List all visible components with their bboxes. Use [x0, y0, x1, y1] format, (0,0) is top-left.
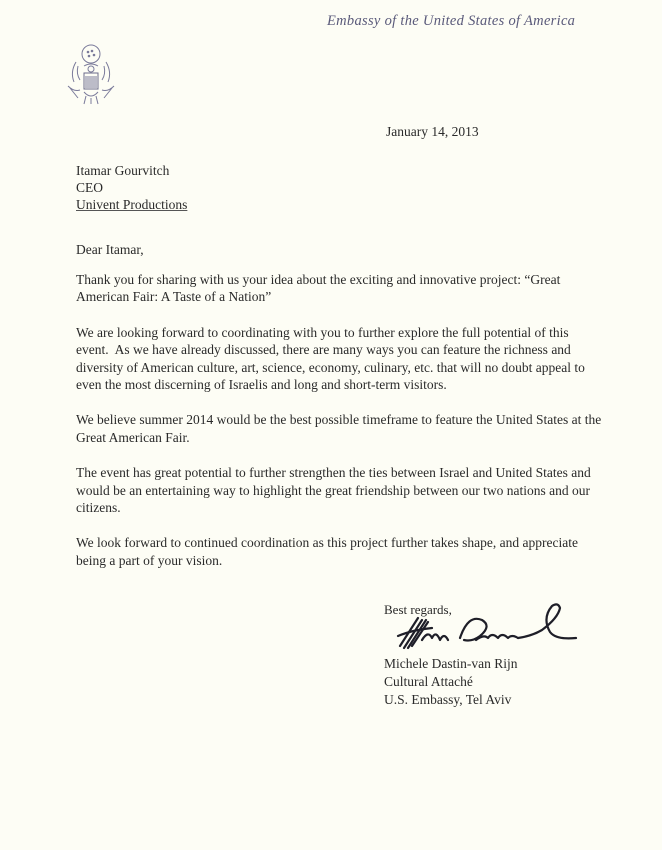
text-line: American Fair: A Taste of a Nation” — [76, 288, 636, 305]
letter-page: Embassy of the United States of America … — [0, 0, 662, 850]
text-line: would be an entertaining way to highligh… — [76, 482, 636, 499]
paragraph-1: Thank you for sharing with us your idea … — [76, 271, 636, 306]
page-bottom-edge — [0, 850, 662, 856]
paragraph-4: The event has great potential to further… — [76, 464, 636, 516]
text-line: Thank you for sharing with us your idea … — [76, 271, 636, 288]
text-line: citizens. — [76, 499, 636, 516]
text-line: Great American Fair. — [76, 429, 636, 446]
text-line: diversity of American culture, art, scie… — [76, 359, 636, 376]
text-line: The event has great potential to further… — [76, 464, 636, 481]
text-line: We look forward to continued coordinatio… — [76, 534, 636, 551]
recipient-name: Itamar Gourvitch — [76, 162, 187, 179]
text-line: event. As we have already discussed, the… — [76, 341, 636, 358]
signature-block: Michele Dastin-van Rijn Cultural Attaché… — [384, 655, 517, 709]
signatory-name: Michele Dastin-van Rijn — [384, 655, 517, 673]
letter-body: Thank you for sharing with us your idea … — [76, 271, 636, 587]
salutation: Dear Itamar, — [76, 242, 144, 258]
paragraph-3: We believe summer 2014 would be the best… — [76, 411, 636, 446]
paragraph-2: We are looking forward to coordinating w… — [76, 324, 636, 394]
recipient-company: Univent Productions — [76, 196, 187, 213]
signatory-office: U.S. Embassy, Tel Aviv — [384, 691, 517, 709]
letterhead-title: Embassy of the United States of America — [327, 13, 575, 30]
letter-date: January 14, 2013 — [386, 124, 479, 140]
recipient-title: CEO — [76, 179, 187, 196]
signatory-title: Cultural Attaché — [384, 673, 517, 691]
handwritten-signature — [392, 600, 582, 656]
great-seal-eagle-icon — [56, 42, 126, 108]
text-line: being a part of your vision. — [76, 552, 636, 569]
text-line: even the most discerning of Israelis and… — [76, 376, 636, 393]
recipient-address: Itamar Gourvitch CEO Univent Productions — [76, 162, 187, 213]
text-line: We believe summer 2014 would be the best… — [76, 411, 636, 428]
text-line: We are looking forward to coordinating w… — [76, 324, 636, 341]
paragraph-5: We look forward to continued coordinatio… — [76, 534, 636, 569]
